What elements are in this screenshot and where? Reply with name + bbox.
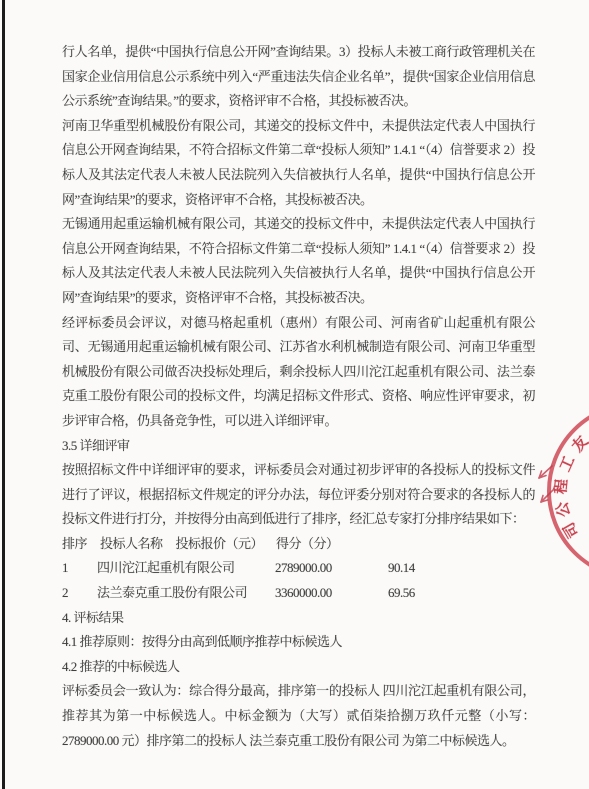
paragraph-detailed-review: 按照招标文件中详细评审的要求，评标委员会对通过初步评审的各投标人的投标文件进行了… <box>62 458 535 532</box>
table-header: 排序 投标人名称 投标报价（元） 得分（分） <box>62 532 535 557</box>
header-rank: 排序 <box>62 532 87 557</box>
rank-cell: 1 <box>62 556 97 581</box>
heading-detailed-review: 3.5 详细评审 <box>62 434 535 459</box>
heading-evaluation-result: 4. 评标结果 <box>62 606 535 631</box>
bid-price-cell: 2789000.00 <box>275 556 370 581</box>
header-score: 得分（分） <box>276 532 339 557</box>
rank-cell: 2 <box>62 581 97 606</box>
paragraph-carryover: 行人名单，提供“中国执行信息公开网”查询结果。3）投标人未被工商行政管理机关在国… <box>62 40 535 114</box>
paragraph-wuxi-rejection: 无锡通用起重运输机械有限公司，其递交的投标文件中，未提供法定代表人中国执行信息公… <box>62 212 535 310</box>
paragraph-henan-weihua-rejection: 河南卫华重型机械股份有限公司，其递交的投标文件中，未提供法定代表人中国执行信息公… <box>62 114 535 212</box>
heading-recommended-candidates: 4.2 推荐的中标候选人 <box>62 655 535 680</box>
table-row: 1 四川沱江起重机有限公司 2789000.00 90.14 <box>62 556 535 581</box>
heading-recommendation-principle: 4.1 推荐原则：按得分由高到低顺序推荐中标候选人 <box>62 630 535 655</box>
seal-character: 司 <box>558 519 584 543</box>
table-row: 2 法兰泰克重工股份有限公司 3360000.00 69.56 <box>62 581 535 606</box>
header-bid-price: 投标报价（元） <box>176 532 264 557</box>
scanned-document-page: 行人名单，提供“中国执行信息公开网”查询结果。3）投标人未被工商行政管理机关在国… <box>0 0 589 789</box>
bid-price-cell: 3360000.00 <box>275 581 370 606</box>
seal-character: 友 <box>567 431 589 456</box>
header-bidder-name: 投标人名称 <box>100 532 163 557</box>
bidder-name-cell: 法兰泰克重工股份有限公司 <box>97 581 275 606</box>
document-body: 行人名单，提供“中国执行信息公开网”查询结果。3）投标人未被工商行政管理机关在国… <box>62 40 535 753</box>
red-pen-marks-icon <box>531 461 559 509</box>
score-cell: 69.56 <box>388 581 415 606</box>
paragraph-committee-decision: 经评标委员会评议，对德马格起重机（惠州）有限公司、河南省矿山起重机有限公司、无锡… <box>62 311 535 434</box>
score-cell: 90.14 <box>388 556 415 581</box>
bidder-name-cell: 四川沱江起重机有限公司 <box>97 556 275 581</box>
paragraph-recommendation: 评标委员会一致认为：综合得分最高，排序第一的投标人 四川沱江起重机有限公司，推荐… <box>62 679 535 753</box>
scan-edge-line <box>2 0 5 789</box>
